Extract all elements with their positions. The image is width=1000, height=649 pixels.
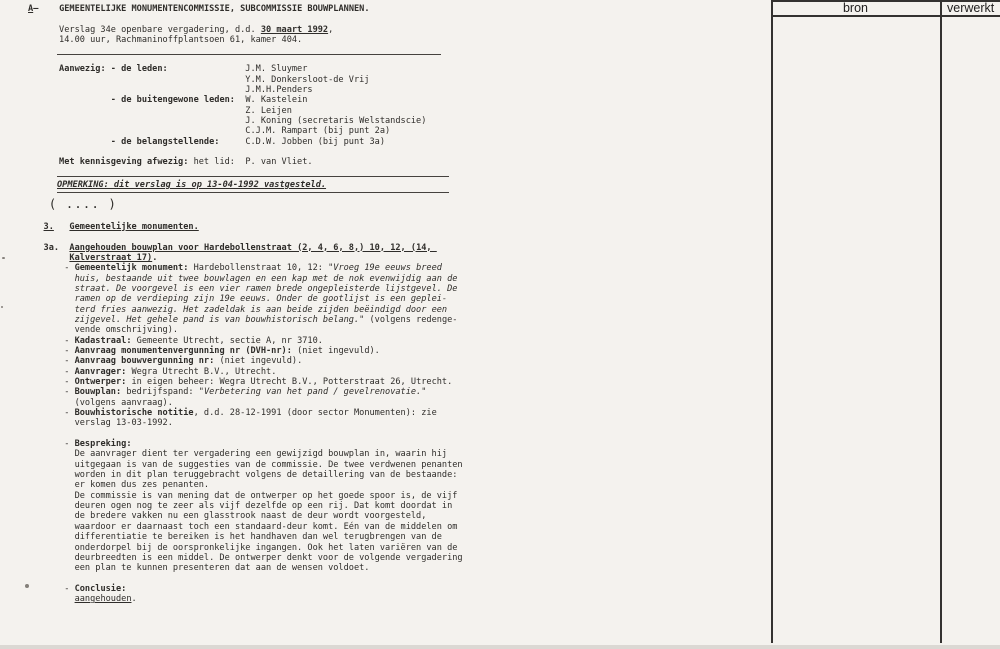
table-header-border <box>771 15 1000 17</box>
column-header-bron: bron <box>771 1 940 15</box>
log-table: bron verwerkt <box>0 0 1000 649</box>
scan-speck <box>1 306 3 308</box>
scan-speck <box>25 584 29 588</box>
scan-bottom-edge <box>0 645 1000 649</box>
table-left-border <box>771 0 773 643</box>
scan-speck <box>2 257 5 259</box>
column-header-verwerkt: verwerkt <box>947 1 994 15</box>
table-column-divider <box>940 0 942 643</box>
scan-page: { "log_table": { "columns": ["bron", "ve… <box>0 0 1000 649</box>
